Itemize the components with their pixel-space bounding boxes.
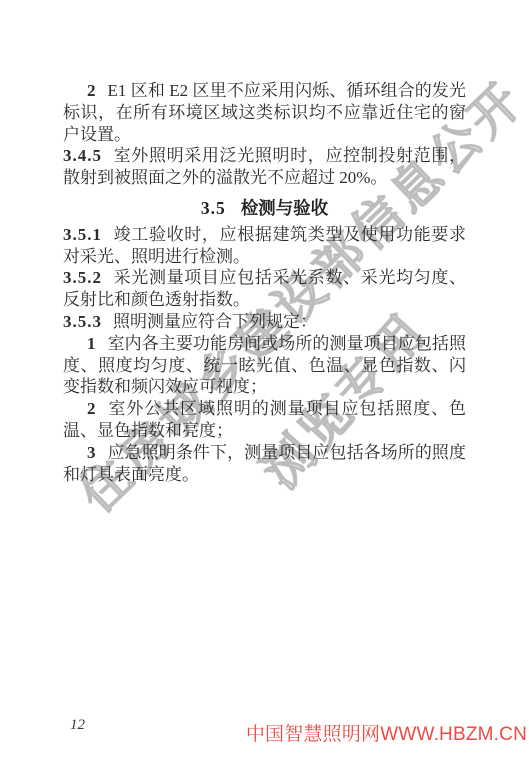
sub-item-text: 室外公共区域照明的测量项目应包括照度、色温、显色指数和亮度；: [63, 399, 466, 440]
section-heading: 3.5检测与验收: [63, 198, 466, 220]
clause-3-5-1: 3.5.1竣工验收时，应根据建筑类型及使用功能要求对采光、照明进行检测。: [63, 224, 466, 268]
clause-3-5-2: 3.5.2采光测量项目应包括采光系数、采光均匀度、反射比和颜色透射指数。: [63, 267, 466, 311]
page-number: 12: [70, 717, 85, 734]
clause-text: 室外照明采用泛光照明时，应控制投射范围，散射到被照面之外的溢散光不应超过 20%…: [63, 146, 466, 187]
sub-item-2-outdoor: 2室外公共区域照明的测量项目应包括照度、色温、显色指数和亮度；: [63, 398, 466, 442]
sub-item-3-emergency: 3应急照明条件下，测量项目应包括各场所的照度和灯具表面亮度。: [63, 442, 466, 486]
sub-item-number: 3: [87, 443, 97, 462]
document-page: 住房城乡建设部信息公开 浏览专用 2E1 区和 E2 区里不应采用闪烁、循环组合…: [0, 0, 529, 767]
clause-3-5-3: 3.5.3照明测量应符合下列规定：: [63, 311, 466, 333]
clause-number: 3.5.2: [63, 268, 102, 287]
sub-item-1-indoor: 1室内各主要功能房间或场所的测量项目应包括照度、照度均匀度、统一眩光值、色温、显…: [63, 333, 466, 398]
clause-text: 竣工验收时，应根据建筑类型及使用功能要求对采光、照明进行检测。: [63, 225, 466, 266]
section-number: 3.5: [201, 198, 226, 218]
page-body: 2E1 区和 E2 区里不应采用闪烁、循环组合的发光标识，在所有环境区域这类标识…: [63, 80, 466, 485]
sub-item-number: 2: [87, 399, 97, 418]
sub-item-number: 2: [87, 81, 97, 100]
clause-number: 3.5.3: [63, 312, 102, 331]
clause-text: 照明测量应符合下列规定：: [113, 312, 317, 331]
sub-item-2-e1-e2: 2E1 区和 E2 区里不应采用闪烁、循环组合的发光标识，在所有环境区域这类标识…: [63, 80, 466, 145]
sub-item-text: 应急照明条件下，测量项目应包括各场所的照度和灯具表面亮度。: [63, 443, 466, 484]
sub-item-number: 1: [87, 334, 97, 353]
sub-item-text: 室内各主要功能房间或场所的测量项目应包括照度、照度均匀度、统一眩光值、色温、显色…: [63, 334, 466, 397]
section-title: 检测与验收: [241, 198, 329, 218]
clause-number: 3.5.1: [63, 225, 102, 244]
sub-item-text: E1 区和 E2 区里不应采用闪烁、循环组合的发光标识，在所有环境区域这类标识均…: [63, 81, 466, 144]
clause-number: 3.4.5: [63, 146, 102, 165]
clause-text: 采光测量项目应包括采光系数、采光均匀度、反射比和颜色透射指数。: [63, 268, 466, 309]
clause-3-4-5: 3.4.5室外照明采用泛光照明时，应控制投射范围，散射到被照面之外的溢散光不应超…: [63, 145, 466, 189]
site-stamp-text: 中国智慧照明网WWW.HBZM.CN: [246, 719, 527, 746]
